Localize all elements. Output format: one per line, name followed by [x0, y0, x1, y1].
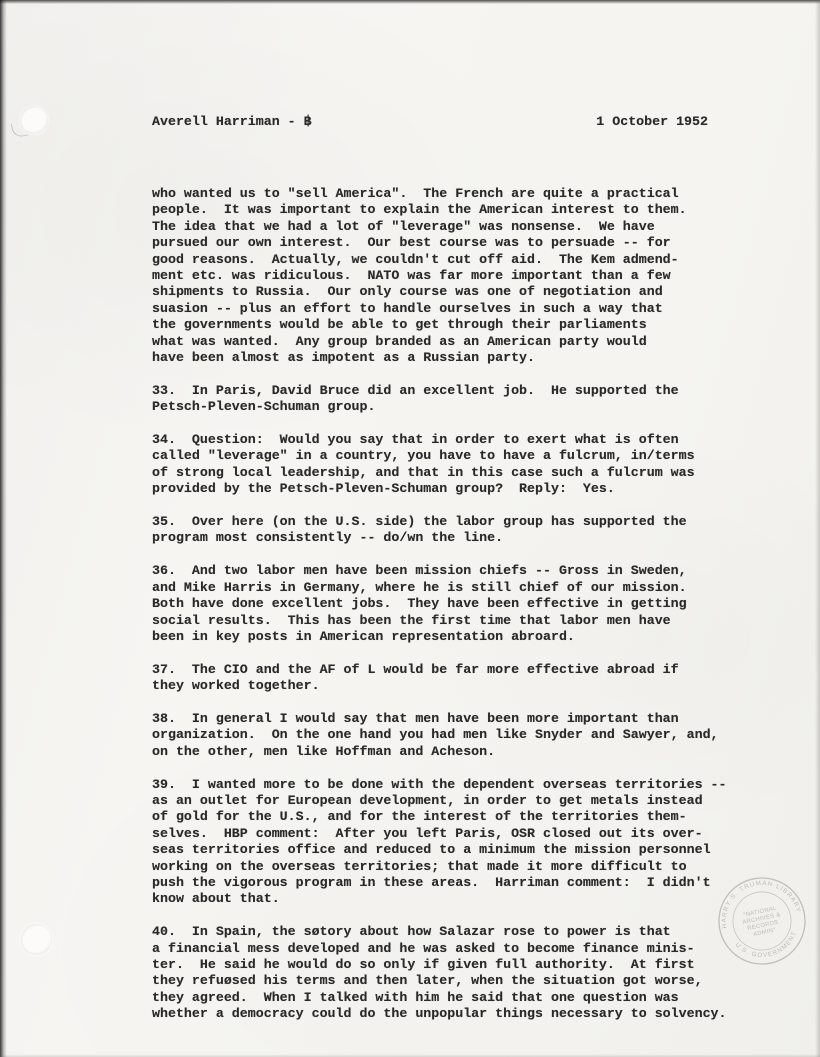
scan-edge-top — [0, 0, 820, 4]
paragraph-36: 36. And two labor men have been mission … — [152, 563, 727, 645]
hole-punch-bottom — [21, 924, 52, 955]
paragraph-37: 37. The CIO and the AF of L would be far… — [152, 662, 727, 695]
paragraph-39: 39. I wanted more to be done with the de… — [152, 777, 727, 908]
document-date: 1 October 1952 — [596, 114, 708, 130]
scan-edge-left — [0, 0, 7, 1057]
header-title-text: Averell Harriman - — [152, 114, 304, 129]
paragraph-34: 34. Question: Would you say that in orde… — [152, 432, 727, 498]
paragraph-33: 33. In Paris, David Bruce did an excelle… — [152, 383, 727, 416]
document-body: who wanted us to "sell America". The Fre… — [152, 186, 727, 1023]
paragraph-38: 38. In general I would say that men have… — [152, 711, 727, 760]
paragraph-35: 35. Over here (on the U.S. side) the lab… — [152, 514, 727, 547]
pencil-mark — [11, 121, 29, 139]
document-header: Averell Harriman - B| 1 October 1952 — [152, 114, 708, 130]
paragraph-continuation: who wanted us to "sell America". The Fre… — [152, 186, 727, 366]
document-page: Averell Harriman - B| 1 October 1952 who… — [0, 0, 820, 1057]
header-title: Averell Harriman - B| — [152, 114, 312, 130]
page-letter: B| — [304, 114, 312, 130]
page-letter-overstrike: | — [304, 113, 312, 129]
scan-edge-right — [815, 0, 820, 1057]
paragraph-40: 40. In Spain, the søtory about how Salaz… — [152, 924, 727, 1022]
